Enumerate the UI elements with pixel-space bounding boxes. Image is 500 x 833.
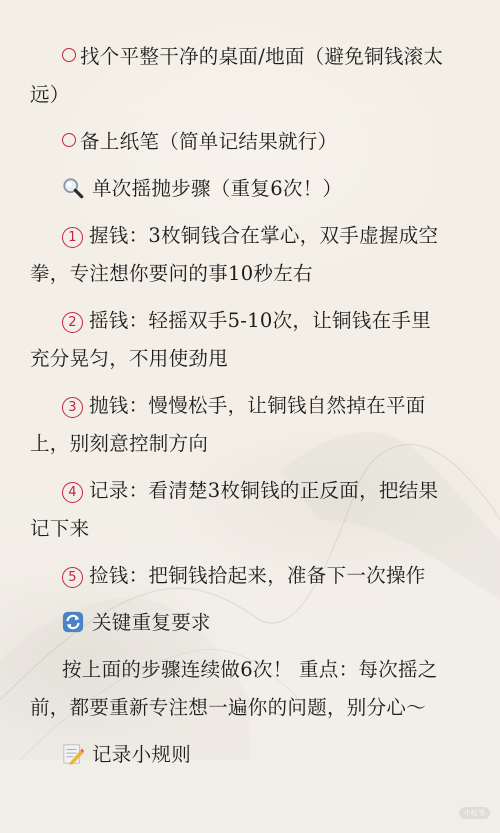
step-text: 摇钱：轻摇双手5-10次，让铜钱在手里充分晃匀，不用使劲甩 bbox=[30, 309, 431, 370]
memo-pencil-icon bbox=[62, 743, 84, 765]
paragraph-text: 备上纸笔（简单记结果就行） bbox=[80, 130, 337, 153]
step-number-badge: 2 bbox=[62, 312, 83, 333]
step-text: 捡钱：把铜钱拾起来，准备下一次操作 bbox=[89, 564, 426, 587]
step-4: 4记录：看清楚3枚铜钱的正反面，把结果记下来 bbox=[30, 472, 448, 548]
paragraph-text: 按上面的步骤连续做6次！ 重点：每次摇之前，都要重新专注想一遍你的问题，别分心～ bbox=[30, 658, 438, 719]
paragraph-paper-pen: 备上纸笔（简单记结果就行） bbox=[30, 123, 448, 161]
watermark: 小红书 bbox=[459, 800, 490, 819]
magnifying-glass-icon bbox=[62, 177, 84, 199]
step-3: 3抛钱：慢慢松手，让铜钱自然掉在平面上，别刻意控制方向 bbox=[30, 387, 448, 463]
heading-text: 关键重复要求 bbox=[92, 611, 211, 634]
step-1: 1握钱：3枚铜钱合在掌心，双手虚握成空拳，专注想你要问的事10秒左右 bbox=[30, 217, 448, 293]
heading-repeat-requirement: 关键重复要求 bbox=[30, 604, 448, 642]
step-5: 5捡钱：把铜钱拾起来，准备下一次操作 bbox=[30, 557, 448, 595]
step-text: 握钱：3枚铜钱合在掌心，双手虚握成空拳，专注想你要问的事10秒左右 bbox=[30, 224, 438, 285]
step-2: 2摇钱：轻摇双手5-10次，让铜钱在手里充分晃匀，不用使劲甩 bbox=[30, 302, 448, 378]
circle-bullet-icon bbox=[62, 48, 76, 62]
paragraph-text: 找个平整干净的桌面/地面（避免铜钱滚太远） bbox=[30, 45, 443, 106]
step-number-badge: 1 bbox=[62, 227, 83, 248]
circle-bullet-icon bbox=[62, 133, 76, 147]
heading-text: 记录小规则 bbox=[92, 743, 191, 766]
watermark-badge: 小红书 bbox=[459, 807, 490, 819]
heading-record-rules: 记录小规则 bbox=[30, 736, 448, 774]
repeat-arrows-icon bbox=[62, 611, 84, 633]
paragraph-repeat-instructions: 按上面的步骤连续做6次！ 重点：每次摇之前，都要重新专注想一遍你的问题，别分心～ bbox=[30, 651, 448, 727]
heading-single-toss-steps: 单次摇抛步骤（重复6次！） bbox=[30, 170, 448, 208]
step-number-badge: 3 bbox=[62, 397, 83, 418]
heading-text: 单次摇抛步骤（重复6次！） bbox=[92, 177, 342, 200]
step-number-badge: 5 bbox=[62, 567, 83, 588]
paragraph-flat-surface: 找个平整干净的桌面/地面（避免铜钱滚太远） bbox=[30, 38, 448, 114]
step-number-badge: 4 bbox=[62, 482, 83, 503]
document-body: 找个平整干净的桌面/地面（避免铜钱滚太远） 备上纸笔（简单记结果就行） 单次摇抛… bbox=[30, 38, 448, 783]
step-text: 抛钱：慢慢松手，让铜钱自然掉在平面上，别刻意控制方向 bbox=[30, 394, 426, 455]
step-text: 记录：看清楚3枚铜钱的正反面，把结果记下来 bbox=[30, 479, 438, 540]
